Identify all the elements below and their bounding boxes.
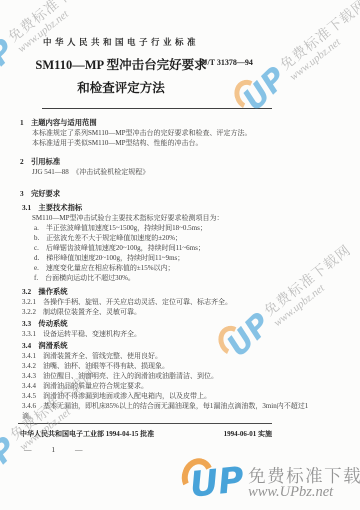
section-2-reference: JJG 541—88 《冲击试验机检定规程》 xyxy=(20,167,312,177)
approval-line: 中华人民共和国电子工业部 1994-04-15 批准 xyxy=(20,429,154,439)
section-1-heading: 1 主题内容与适用范围 xyxy=(20,118,312,128)
section-3-heading: 3 完好要求 xyxy=(20,189,312,199)
standard-number: SJ/T 31378—94 xyxy=(199,58,253,67)
list-item-c: c. 后峰锯齿波峰值加速度20~100g，持续时间11~6ms； xyxy=(20,243,312,253)
list-item-e: e. 速度变化量应在相应标称值的±15%以内； xyxy=(20,263,312,273)
page-number: — 1 — xyxy=(24,445,92,454)
implementation-date: 1994-06-01 实施 xyxy=(180,429,272,439)
section-3-4-heading: 3.4 润滑系统 xyxy=(20,341,312,351)
section-1-paragraph: 本标准适用于类似SM110—MP型结构、性能的冲击台。 xyxy=(20,138,312,148)
document-title-line2: 和检查评定方法 xyxy=(0,78,242,96)
standard-org-line: 中华人民共和国电子行业标准 xyxy=(0,36,242,48)
section-3-1-heading: 3.1 主要技术指标 xyxy=(20,203,312,213)
document-body: 1 主题内容与适用范围 本标准规定了系列SM110—MP型冲击台的完好要求和检查… xyxy=(20,116,312,421)
list-item-b: b. 正弦波允差不大于规定峰值加速度的±20%； xyxy=(20,233,312,243)
section-2-heading: 2 引用标准 xyxy=(20,157,312,167)
header-divider xyxy=(42,108,272,109)
list-item-d: d. 梯形峰值加速度20~100g，持续时间11~9ms； xyxy=(20,253,312,263)
clause-3-4-4: 3.4.4 润滑油品的质量应符合规定要求。 xyxy=(20,381,312,391)
section-3-3-heading: 3.3 传动系统 xyxy=(20,319,312,329)
list-item-f: f. 台面横向运动比不超过30%。 xyxy=(20,273,312,283)
section-1-paragraph: 本标准规定了系列SM110—MP型冲击台的完好要求和检查、评定方法。 xyxy=(20,128,312,138)
clause-3-4-5: 3.4.5 润滑油不得渗漏到地面或渗入配电箱内，以及皮带上。 xyxy=(20,391,312,401)
footer-divider xyxy=(18,423,272,424)
section-3-1-intro: SM110—MP型冲击试验台主要技术指标完好要求检测项目为： xyxy=(20,213,312,223)
clause-3-4-2: 3.4.2 油嘴、油杯、油眼等不得有缺、损现象。 xyxy=(20,361,312,371)
list-item-a: a. 半正弦波峰值加速度15~1500g，持续时间18~0.5ms； xyxy=(20,223,312,233)
clause-3-4-6: 3.4.6 基本无漏油，即机床85%以上的结合面无漏油现象，每1漏油点滴油数，3… xyxy=(20,401,312,421)
clause-3-4-1: 3.4.1 润滑装置齐全、管线完整、使用良好。 xyxy=(20,351,312,361)
clause-3-2-2: 3.2.2 制动限位装置齐全、灵敏可靠。 xyxy=(20,307,312,317)
section-3-2-heading: 3.2 操作系统 xyxy=(20,287,312,297)
document-content: 中华人民共和国电子行业标准 SM110—MP 型冲击台完好要求 和检查评定方法 … xyxy=(0,0,360,510)
clause-3-2-1: 3.2.1 各操作手柄、旋钮、开关应启动灵活、定位可靠、标志齐全。 xyxy=(20,297,312,307)
clause-3-4-3: 3.4.3 油位醒目、油窗明亮、注入的润滑油或油脂清洁、到位。 xyxy=(20,371,312,381)
clause-3-3-1: 3.3.1 设备运转平稳、变速机构齐全。 xyxy=(20,329,312,339)
scanned-standard-page: 中华人民共和国电子行业标准 SM110—MP 型冲击台完好要求 和检查评定方法 … xyxy=(0,0,360,510)
